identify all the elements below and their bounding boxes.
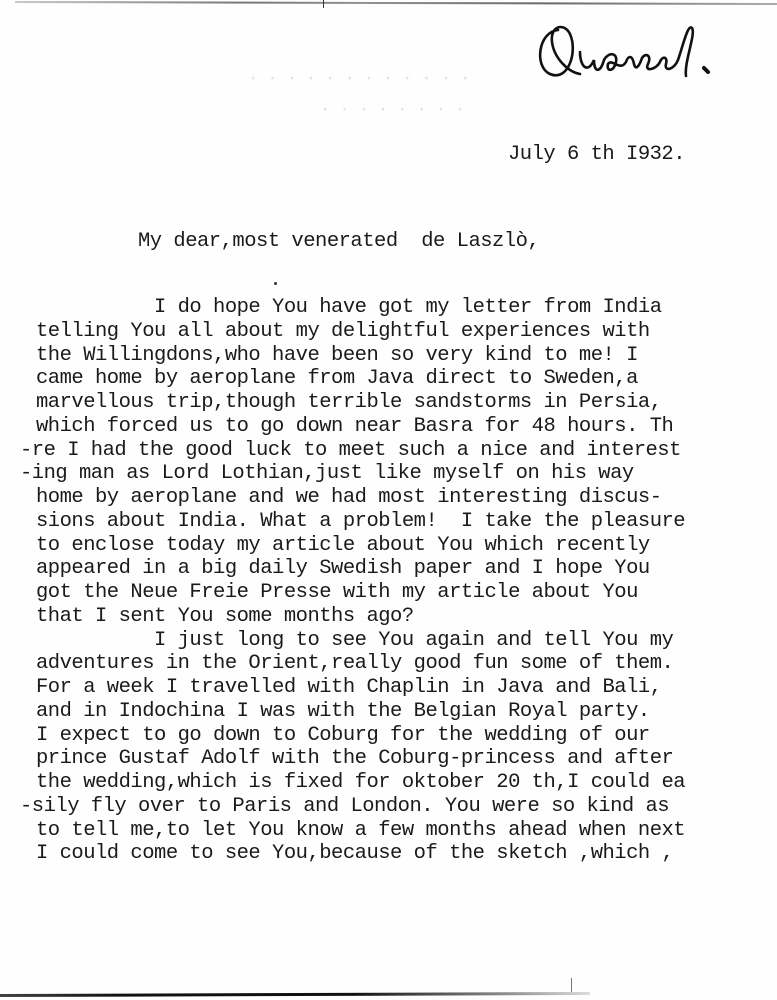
body-line: marvellous trip,though terrible sandstor… — [36, 393, 662, 414]
body-line: to enclose today my article about You wh… — [36, 536, 650, 557]
body-line: came home by aeroplane from Java direct … — [36, 369, 638, 390]
body-line: that I sent You some months ago? — [36, 607, 414, 628]
letterhead-stamp-line-1: · · · · · · · · · · · · — [250, 72, 471, 85]
ink-speck — [274, 282, 277, 285]
body-line: -sily fly over to Paris and London. You … — [20, 797, 669, 818]
body-line: I could come to see You,because of the s… — [36, 844, 673, 865]
body-line: prince Gustaf Adolf with the Coburg-prin… — [36, 749, 673, 770]
page-bottom-edge — [0, 992, 590, 997]
body-line: the wedding,which is fixed for oktober 2… — [36, 773, 685, 794]
letter-date: July 6 th I932. — [508, 145, 685, 166]
body-line: -re I had the good luck to meet such a n… — [20, 441, 681, 462]
body-line: home by aeroplane and we had most intere… — [36, 488, 662, 509]
body-line: telling You all about my delightful expe… — [36, 322, 650, 343]
body-line: I expect to go down to Coburg for the we… — [36, 726, 650, 747]
letterhead-stamp-line-2: · · · · · · · · — [322, 103, 466, 116]
body-line: For a week I travelled with Chaplin in J… — [36, 678, 662, 699]
body-line: I do hope You have got my letter from In… — [36, 298, 662, 319]
body-line: which forced us to go down near Basra fo… — [36, 417, 673, 438]
body-line: -ing man as Lord Lothian,just like mysel… — [20, 464, 634, 485]
body-line: got the Neue Freie Presse with my articl… — [36, 583, 638, 604]
body-line: the Willingdons,who have been so very ki… — [36, 346, 638, 367]
page-top-edge — [15, 1, 777, 5]
body-line: I just long to see You again and tell Yo… — [36, 631, 673, 652]
body-line: sions about India. What a problem! I tak… — [36, 512, 685, 533]
signature-icon — [528, 12, 748, 92]
body-line: appeared in a big daily Swedish paper an… — [36, 559, 650, 580]
body-line: adventures in the Orient,really good fun… — [36, 654, 673, 675]
handwritten-signature: Quensel. — [528, 12, 748, 92]
letter-page: Quensel. · · · · · · · · · · · · · · · ·… — [0, 0, 777, 1000]
fold-mark-top — [323, 0, 324, 8]
body-line: to tell me,to let You know a few months … — [36, 821, 685, 842]
salutation: My dear,most venerated de Laszlò, — [138, 232, 539, 253]
body-line: and in Indochina I was with the Belgian … — [36, 702, 650, 723]
